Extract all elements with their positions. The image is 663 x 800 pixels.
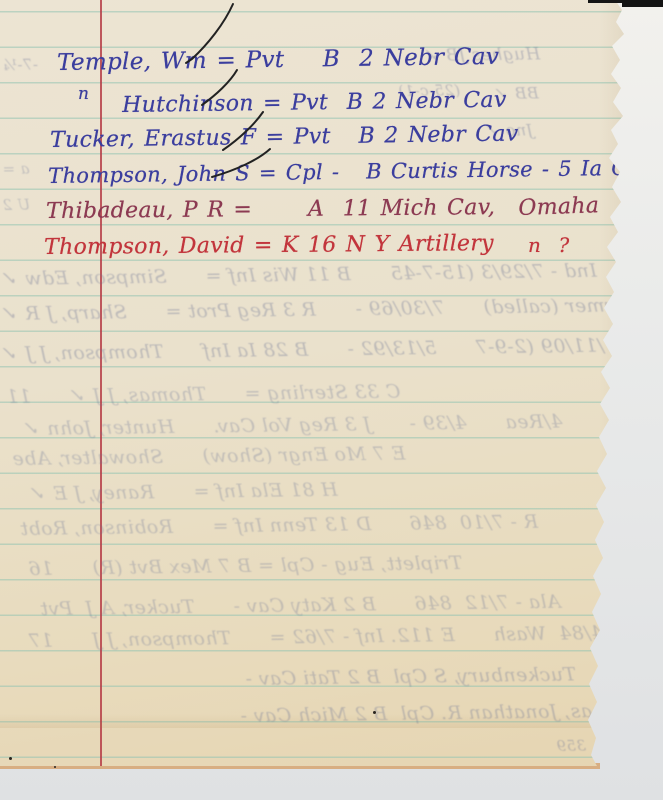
pen-checkmark [186, 4, 233, 63]
dust-speck [9, 757, 12, 760]
notebook-paper: Hughes JB ✓-7-¼(25-c-1)BB ✓Jno ✓a =U 2Si… [0, 0, 663, 766]
pen-checkmark [212, 149, 270, 177]
torn-edge-shading [599, 0, 635, 766]
pen-checkmark [202, 70, 237, 105]
pen-checkmarks [0, 0, 663, 766]
scanned-notebook-page: Hughes JB ✓-7-¼(25-c-1)BB ✓Jno ✓a =U 2Si… [0, 0, 663, 800]
dust-speck [373, 711, 376, 714]
dust-speck [54, 766, 56, 768]
pen-checkmark [223, 112, 263, 150]
bottom-edge-shading [0, 714, 663, 728]
scan-border-artifact [622, 0, 663, 7]
